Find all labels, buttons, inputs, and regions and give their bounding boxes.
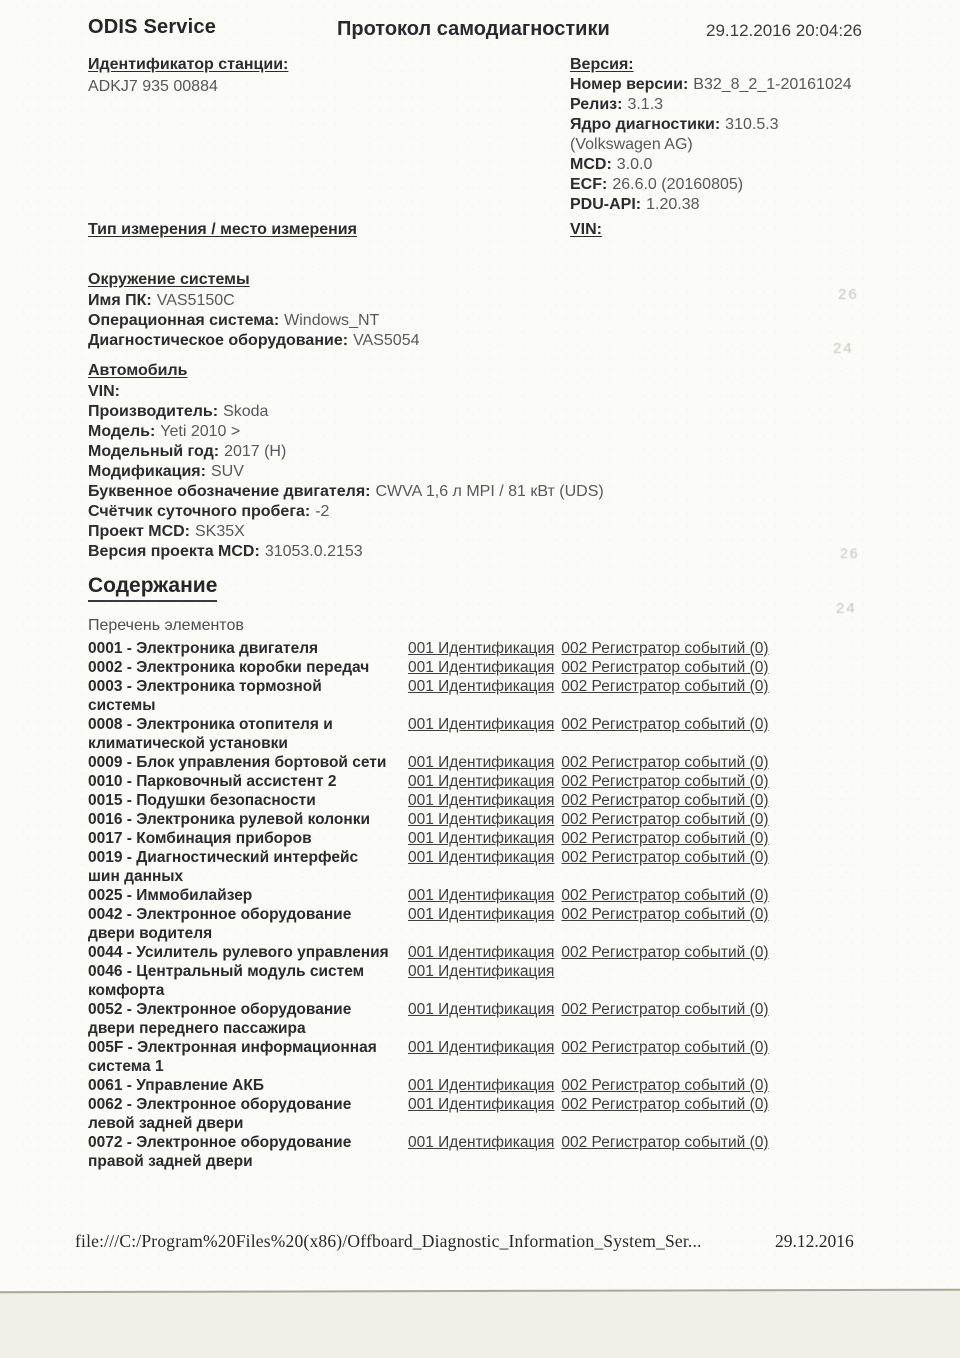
module-links: 001 Идентификация002 Регистратор событий… bbox=[408, 943, 769, 962]
field-label: Имя ПК: bbox=[88, 292, 152, 309]
app-name: ODIS Service bbox=[88, 16, 216, 39]
identification-link[interactable]: 001 Идентификация bbox=[408, 792, 554, 809]
content-row: 0016 - Электроника рулевой колонки 001 И… bbox=[88, 810, 898, 829]
event-log-link[interactable]: 002 Регистратор событий (0) bbox=[561, 944, 768, 961]
module-name: 0002 - Электроника коробки передач bbox=[88, 658, 408, 677]
field-line: Буквенное обозначение двигателя:CWVA 1,6… bbox=[88, 482, 604, 502]
content-row: 005F - Электронная информационная систем… bbox=[88, 1038, 898, 1076]
identification-link[interactable]: 001 Идентификация bbox=[408, 944, 554, 961]
identification-link[interactable]: 001 Идентификация bbox=[408, 963, 554, 980]
event-log-link[interactable]: 002 Регистратор событий (0) bbox=[561, 1039, 768, 1056]
field-value: SUV bbox=[211, 463, 244, 480]
module-name: 0010 - Парковочный ассистент 2 bbox=[88, 772, 408, 791]
field-line: Имя ПК:VAS5150C bbox=[88, 291, 419, 311]
identification-link[interactable]: 001 Идентификация bbox=[408, 678, 554, 695]
identification-link[interactable]: 001 Идентификация bbox=[408, 849, 554, 866]
field-line: Модельный год:2017 (H) bbox=[88, 442, 604, 462]
document-title: Протокол самодиагностики bbox=[337, 18, 610, 41]
event-log-link[interactable]: 002 Регистратор событий (0) bbox=[561, 792, 768, 809]
field-line: Ядро диагностики:310.5.3 bbox=[570, 115, 950, 135]
field-value: 1.20.38 bbox=[646, 196, 699, 213]
identification-link[interactable]: 001 Идентификация bbox=[408, 811, 554, 828]
field-label: PDU-API: bbox=[570, 196, 641, 213]
field-line: MCD:3.0.0 bbox=[570, 155, 950, 175]
field-label: Операционная система: bbox=[88, 312, 279, 329]
module-links: 001 Идентификация002 Регистратор событий… bbox=[408, 810, 769, 829]
print-footer: file:///C:/Program%20Files%20(x86)/Offbo… bbox=[0, 1231, 960, 1255]
module-name: 005F - Электронная информационная систем… bbox=[88, 1038, 408, 1076]
module-name: 0001 - Электроника двигателя bbox=[88, 639, 408, 658]
content-row: 0003 - Электроника тормозной системы 001… bbox=[88, 677, 898, 715]
header-datetime: 29.12.2016 20:04:26 bbox=[706, 21, 862, 41]
module-links: 001 Идентификация002 Регистратор событий… bbox=[408, 753, 769, 772]
module-links: 001 Идентификация002 Регистратор событий… bbox=[408, 1000, 769, 1019]
field-line: PDU-API:1.20.38 bbox=[570, 195, 950, 215]
module-name: 0072 - Электронное оборудование правой з… bbox=[88, 1133, 408, 1171]
module-links: 001 Идентификация002 Регистратор событий… bbox=[408, 905, 769, 924]
field-value: Skoda bbox=[223, 403, 268, 420]
content-row: 0061 - Управление АКБ 001 Идентификация0… bbox=[88, 1076, 898, 1095]
field-value: VAS5150C bbox=[157, 292, 235, 309]
identification-link[interactable]: 001 Идентификация bbox=[408, 716, 554, 733]
page-bottom-edge bbox=[0, 1289, 960, 1358]
contents-table: 0001 - Электроника двигателя 001 Идентиф… bbox=[88, 639, 898, 1171]
module-links: 001 Идентификация002 Регистратор событий… bbox=[408, 1133, 769, 1152]
event-log-link[interactable]: 002 Регистратор событий (0) bbox=[561, 811, 768, 828]
identification-link[interactable]: 001 Идентификация bbox=[408, 906, 554, 923]
content-row: 0062 - Электронное оборудование левой за… bbox=[88, 1095, 898, 1133]
field-value: 26.6.0 (20160805) bbox=[612, 176, 743, 193]
module-name: 0003 - Электроника тормозной системы bbox=[88, 677, 408, 715]
field-line: ECF:26.6.0 (20160805) bbox=[570, 175, 950, 195]
module-links: 001 Идентификация002 Регистратор событий… bbox=[408, 772, 769, 791]
footer-file-path: file:///C:/Program%20Files%20(x86)/Offbo… bbox=[75, 1231, 702, 1252]
module-name: 0046 - Центральный модуль систем комфорт… bbox=[88, 962, 408, 1000]
identification-link[interactable]: 001 Идентификация bbox=[408, 887, 554, 904]
field-value: Windows_NT bbox=[284, 312, 379, 329]
event-log-link[interactable]: 002 Регистратор событий (0) bbox=[561, 1001, 768, 1018]
content-row: 0072 - Электронное оборудование правой з… bbox=[88, 1133, 898, 1171]
module-links: 001 Идентификация bbox=[408, 962, 554, 981]
field-value: (Volkswagen AG) bbox=[570, 136, 693, 153]
identification-link[interactable]: 001 Идентификация bbox=[408, 1039, 554, 1056]
event-log-link[interactable]: 002 Регистратор событий (0) bbox=[561, 849, 768, 866]
content-row: 0001 - Электроника двигателя 001 Идентиф… bbox=[88, 639, 898, 658]
content-row: 0015 - Подушки безопасности 001 Идентифи… bbox=[88, 791, 898, 810]
module-links: 001 Идентификация002 Регистратор событий… bbox=[408, 1095, 769, 1114]
field-label: Версия проекта MCD: bbox=[88, 543, 260, 560]
field-line: Номер версии:B32_8_2_1-20161024 bbox=[570, 75, 950, 95]
content-row: 0008 - Электроника отопителя и климатиче… bbox=[88, 715, 898, 753]
field-label: Релиз: bbox=[570, 96, 622, 113]
content-row: 0044 - Усилитель рулевого управления 001… bbox=[88, 943, 898, 962]
field-label: Модельный год: bbox=[88, 443, 219, 460]
field-value: -2 bbox=[315, 503, 329, 520]
footer-date: 29.12.2016 bbox=[775, 1231, 854, 1252]
event-log-link[interactable]: 002 Регистратор событий (0) bbox=[561, 1096, 768, 1113]
event-log-link[interactable]: 002 Регистратор событий (0) bbox=[561, 830, 768, 847]
content-row: 0017 - Комбинация приборов 001 Идентифик… bbox=[88, 829, 898, 848]
station-id-value: ADKJ7 935 00884 bbox=[88, 78, 288, 96]
module-links: 001 Идентификация002 Регистратор событий… bbox=[408, 1076, 769, 1095]
module-links: 001 Идентификация002 Регистратор событий… bbox=[408, 1038, 769, 1057]
field-line: Проект MCD:SK35X bbox=[88, 522, 604, 542]
station-id-section: Идентификатор станции: ADKJ7 935 00884 bbox=[88, 56, 288, 96]
field-label: Модель: bbox=[88, 423, 155, 440]
field-line: Релиз:3.1.3 bbox=[570, 95, 950, 115]
module-links: 001 Идентификация002 Регистратор событий… bbox=[408, 715, 769, 734]
content-row: 0042 - Электронное оборудование двери во… bbox=[88, 905, 898, 943]
module-name: 0062 - Электронное оборудование левой за… bbox=[88, 1095, 408, 1133]
module-links: 001 Идентификация002 Регистратор событий… bbox=[408, 639, 769, 658]
field-label: ECF: bbox=[570, 176, 607, 193]
field-value: B32_8_2_1-20161024 bbox=[693, 76, 851, 93]
module-links: 001 Идентификация002 Регистратор событий… bbox=[408, 791, 769, 810]
version-lines: Номер версии:B32_8_2_1-20161024 Релиз:3.… bbox=[570, 75, 950, 215]
field-line: Модификация:SUV bbox=[88, 462, 604, 482]
station-id-label: Идентификатор станции: bbox=[88, 56, 288, 74]
event-log-link[interactable]: 002 Регистратор событий (0) bbox=[561, 754, 768, 771]
event-log-link[interactable]: 002 Регистратор событий (0) bbox=[561, 1077, 768, 1094]
contents-subtitle: Перечень элементов bbox=[88, 617, 244, 635]
field-value: CWVA 1,6 л MPI / 81 кВт (UDS) bbox=[375, 483, 603, 500]
module-links: 001 Идентификация002 Регистратор событий… bbox=[408, 658, 769, 677]
identification-link[interactable]: 001 Идентификация bbox=[408, 1096, 554, 1113]
field-label: Производитель: bbox=[88, 403, 218, 420]
event-log-link[interactable]: 002 Регистратор событий (0) bbox=[561, 678, 768, 695]
content-row: 0052 - Электронное оборудование двери пе… bbox=[88, 1000, 898, 1038]
field-label: Буквенное обозначение двигателя: bbox=[88, 483, 370, 500]
field-line: Версия проекта MCD:31053.0.2153 bbox=[88, 542, 604, 562]
field-value: 31053.0.2153 bbox=[265, 543, 363, 560]
field-label: MCD: bbox=[570, 156, 612, 173]
event-log-link[interactable]: 002 Регистратор событий (0) bbox=[561, 906, 768, 923]
event-log-link[interactable]: 002 Регистратор событий (0) bbox=[561, 659, 768, 676]
identification-link[interactable]: 001 Идентификация bbox=[408, 640, 554, 657]
field-value: Yeti 2010 > bbox=[160, 423, 240, 440]
field-label: Диагностическое оборудование: bbox=[88, 332, 348, 349]
field-label: VIN: bbox=[88, 383, 120, 400]
content-row: 0010 - Парковочный ассистент 2 001 Идент… bbox=[88, 772, 898, 791]
scan-artifact: 24 bbox=[836, 600, 857, 617]
module-name: 0025 - Иммобилайзер bbox=[88, 886, 408, 905]
system-environment-lines: Имя ПК:VAS5150C Операционная система:Win… bbox=[88, 291, 419, 351]
field-line: Производитель:Skoda bbox=[88, 402, 604, 422]
module-name: 0052 - Электронное оборудование двери пе… bbox=[88, 1000, 408, 1038]
field-value: 3.0.0 bbox=[617, 156, 653, 173]
identification-link[interactable]: 001 Идентификация bbox=[408, 1077, 554, 1094]
module-name: 0042 - Электронное оборудование двери во… bbox=[88, 905, 408, 943]
field-value: 310.5.3 bbox=[725, 116, 778, 133]
content-row: 0002 - Электроника коробки передач 001 И… bbox=[88, 658, 898, 677]
content-row: 0046 - Центральный модуль систем комфорт… bbox=[88, 962, 898, 1000]
module-links: 001 Идентификация002 Регистратор событий… bbox=[408, 677, 769, 696]
field-label: Ядро диагностики: bbox=[570, 116, 720, 133]
system-environment-title: Окружение системы bbox=[88, 271, 419, 289]
identification-link[interactable]: 001 Идентификация bbox=[408, 1001, 554, 1018]
module-name: 0016 - Электроника рулевой колонки bbox=[88, 810, 408, 829]
contents-heading: Содержание bbox=[88, 574, 217, 602]
content-row: 0019 - Диагностический интерфейс шин дан… bbox=[88, 848, 898, 886]
field-line: (Volkswagen AG) bbox=[570, 135, 950, 155]
identification-link[interactable]: 001 Идентификация bbox=[408, 1134, 554, 1151]
vehicle-section-title: Автомобиль bbox=[88, 362, 604, 380]
field-label: Модификация: bbox=[88, 463, 206, 480]
module-name: 0015 - Подушки безопасности bbox=[88, 791, 408, 810]
field-line: VIN: bbox=[88, 382, 604, 402]
measurement-type-label: Тип измерения / место измерения bbox=[88, 221, 357, 239]
vehicle-lines: VIN: Производитель:Skoda Модель:Yeti 201… bbox=[88, 382, 604, 562]
version-section: Версия: Номер версии:B32_8_2_1-20161024 … bbox=[570, 56, 950, 215]
field-value: 3.1.3 bbox=[627, 96, 663, 113]
scanned-document-page: ODIS Service Протокол самодиагностики 29… bbox=[0, 0, 960, 1291]
field-label: Номер версии: bbox=[570, 76, 688, 93]
field-line: Диагностическое оборудование:VAS5054 bbox=[88, 331, 419, 351]
field-value: VAS5054 bbox=[353, 332, 419, 349]
scan-artifact: 26 bbox=[840, 545, 860, 561]
module-name: 0044 - Усилитель рулевого управления bbox=[88, 943, 408, 962]
field-line: Операционная система:Windows_NT bbox=[88, 311, 419, 331]
field-line: Модель:Yeti 2010 > bbox=[88, 422, 604, 442]
content-row: 0009 - Блок управления бортовой сети 001… bbox=[88, 753, 898, 772]
field-line: Счётчик суточного пробега:-2 bbox=[88, 502, 604, 522]
identification-link[interactable]: 001 Идентификация bbox=[408, 754, 554, 771]
vin-header-label: VIN: bbox=[570, 221, 602, 239]
identification-link[interactable]: 001 Идентификация bbox=[408, 830, 554, 847]
module-links: 001 Идентификация002 Регистратор событий… bbox=[408, 886, 769, 905]
field-label: Счётчик суточного пробега: bbox=[88, 503, 310, 520]
system-environment-section: Окружение системы Имя ПК:VAS5150C Операц… bbox=[88, 271, 419, 351]
version-section-title: Версия: bbox=[570, 56, 950, 74]
module-name: 0008 - Электроника отопителя и климатиче… bbox=[88, 715, 408, 753]
field-value: SK35X bbox=[195, 523, 245, 540]
scan-artifact: 26 bbox=[838, 286, 859, 303]
field-value: 2017 (H) bbox=[224, 443, 286, 460]
module-name: 0061 - Управление АКБ bbox=[88, 1076, 408, 1095]
content-row: 0025 - Иммобилайзер 001 Идентификация002… bbox=[88, 886, 898, 905]
identification-link[interactable]: 001 Идентификация bbox=[408, 773, 554, 790]
module-links: 001 Идентификация002 Регистратор событий… bbox=[408, 829, 769, 848]
module-name: 0019 - Диагностический интерфейс шин дан… bbox=[88, 848, 408, 886]
event-log-link[interactable]: 002 Регистратор событий (0) bbox=[561, 1134, 768, 1151]
event-log-link[interactable]: 002 Регистратор событий (0) bbox=[561, 716, 768, 733]
event-log-link[interactable]: 002 Регистратор событий (0) bbox=[561, 640, 768, 657]
event-log-link[interactable]: 002 Регистратор событий (0) bbox=[561, 887, 768, 904]
module-links: 001 Идентификация002 Регистратор событий… bbox=[408, 848, 769, 867]
event-log-link[interactable]: 002 Регистратор событий (0) bbox=[561, 773, 768, 790]
scan-artifact: 24 bbox=[833, 340, 854, 357]
field-label: Проект MCD: bbox=[88, 523, 190, 540]
identification-link[interactable]: 001 Идентификация bbox=[408, 659, 554, 676]
vehicle-section: Автомобиль VIN: Производитель:Skoda Моде… bbox=[88, 362, 604, 562]
module-name: 0017 - Комбинация приборов bbox=[88, 829, 408, 848]
module-name: 0009 - Блок управления бортовой сети bbox=[88, 753, 408, 772]
